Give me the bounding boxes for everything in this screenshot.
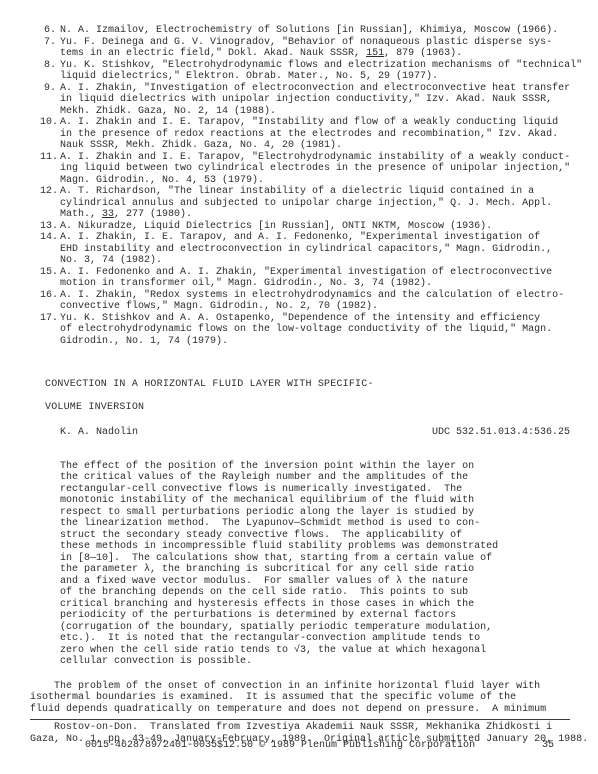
reference-number: 7. [40, 37, 56, 49]
udc-number: UDC 532.51.013.4:536.25 [432, 427, 570, 439]
body-text-line: isothermal boundaries is examined. It is… [30, 692, 574, 704]
reference-item: 15.A. I. Fedonenko and A. I. Zhakin, "Ex… [40, 267, 586, 279]
abstract-line: these methods in incompressible fluid st… [60, 541, 578, 553]
reference-number: 9. [40, 83, 56, 95]
reference-continuation-line: of electrohydrodynamic flows on the low-… [40, 324, 586, 336]
article-title-line-2: VOLUME INVERSION [45, 396, 578, 419]
reference-continuation-line: Gidrodin., No. 1, 74 (1979). [40, 336, 586, 348]
reference-number: 11. [40, 152, 56, 164]
reference-continuation-line: convective flows," Magn. Gidrodin., No. … [40, 301, 586, 313]
reference-continuation-line: ing liquid between two cylindrical elect… [40, 163, 586, 175]
reference-list: 6.N. A. Izmailov, Electrochemistry of So… [0, 0, 598, 347]
abstract-line: (corrugation of the boundary, spatially … [60, 622, 578, 634]
abstract-line: periodicity of the perturbations is dete… [60, 610, 578, 622]
abstract-line: in [8—10]. The calculations show that, s… [60, 553, 578, 565]
reference-continuation-line: cylindrical annulus and subjected to uni… [40, 198, 586, 210]
abstract-line: and a fixed wave vector modulus. For sma… [60, 576, 578, 588]
reference-continuation-line: motion in transformer oil," Magn. Gidrod… [40, 278, 586, 290]
article-title: CONVECTION IN A HORIZONTAL FLUID LAYER W… [45, 373, 578, 419]
reference-number: 17. [40, 313, 56, 325]
reference-continuation-line: Magn. Gidrodin., No. 4, 53 (1979). [40, 175, 586, 187]
reference-item: 16.A. I. Zhakin, "Redox systems in elect… [40, 290, 586, 302]
abstract-line: the parameter λ, the branching is subcri… [60, 564, 578, 576]
byline-row: K. A. Nadolin UDC 532.51.013.4:536.25 [60, 427, 570, 439]
reference-continuation-line: Math., 33, 277 (1980). [40, 209, 586, 221]
page-footer: 0015-4628/89/2401-0035$12.50 © 1989 Plen… [0, 740, 598, 752]
reference-item: 11.A. I. Zhakin and I. E. Tarapov, "Elec… [40, 152, 586, 164]
reference-continuation-line: EHD instability and electroconvection in… [40, 244, 586, 256]
reference-number: 8. [40, 60, 56, 72]
reference-continuation-line: in liquid dielectrics with unipolar inje… [40, 94, 586, 106]
abstract-line: rectangular-cell convective flows is num… [60, 484, 578, 496]
abstract: The effect of the position of the invers… [60, 461, 578, 668]
body-text-line: fluid depends quadratically on temperatu… [30, 704, 574, 716]
abstract-line: struct the secondary steady convective f… [60, 530, 578, 542]
reference-number: 14. [40, 232, 56, 244]
body-paragraph: The problem of the onset of convection i… [30, 681, 574, 716]
reference-continuation-line: Nauk SSSR, Mekh. Zhidk. Gaza, No. 4, 20 … [40, 140, 586, 152]
reference-item: 12.A. T. Richardson, "The linear instabi… [40, 186, 586, 198]
abstract-line: zero when the cell side ratio tends to √… [60, 645, 578, 657]
reference-item: 10.A. I. Zhakin and I. E. Tarapov, "Inst… [40, 117, 586, 129]
abstract-line: The effect of the position of the invers… [60, 461, 578, 473]
footnote-line: Rostov-on-Don. Translated from Izvestiya… [30, 722, 598, 734]
reference-number: 15. [40, 267, 56, 279]
reference-item: 6.N. A. Izmailov, Electrochemistry of So… [40, 25, 586, 37]
reference-item: 14.A. I. Zhakin, I. E. Tarapov, and A. I… [40, 232, 586, 244]
reference-continuation-line: liquid dielectrics," Elektron. Obrab. Ma… [40, 71, 586, 83]
reference-continuation-line: No. 3, 74 (1982). [40, 255, 586, 267]
reference-item: 7.Yu. F. Deinega and G. V. Vinogradov, "… [40, 37, 586, 49]
author-name: K. A. Nadolin [60, 427, 138, 439]
reference-item: 8.Yu. K. Stishkov, "Electrohydrodynamic … [40, 60, 586, 72]
abstract-line: of the branching depends on the cell sid… [60, 587, 578, 599]
abstract-line: the linearization method. The Lyapunov—S… [60, 518, 578, 530]
reference-number: 13. [40, 221, 56, 233]
abstract-line: the critical values of the Rayleigh numb… [60, 472, 578, 484]
reference-item: 9.A. I. Zhakin, "Investigation of electr… [40, 83, 586, 95]
abstract-line: critical branching and hysteresis effect… [60, 599, 578, 611]
article-title-line-1: CONVECTION IN A HORIZONTAL FLUID LAYER W… [45, 373, 578, 396]
reference-number: 10. [40, 117, 56, 129]
reference-number: 6. [40, 25, 56, 37]
copyright-issn-line: 0015-4628/89/2401-0035$12.50 © 1989 Plen… [85, 740, 475, 752]
reference-number: 16. [40, 290, 56, 302]
reference-number: 12. [40, 186, 56, 198]
body-text-line: The problem of the onset of convection i… [30, 681, 574, 693]
reference-item: 13.A. Nikuradze, Liquid Dielectrics [in … [40, 221, 586, 233]
underlined-volume-number: 151 [366, 48, 384, 59]
underlined-volume-number: 33 [102, 209, 114, 220]
abstract-line: etc.). It is noted that the rectangular-… [60, 633, 578, 645]
reference-continuation-line: in the presence of redox reactions at th… [40, 129, 586, 141]
page-number: 35 [542, 740, 554, 752]
scanned-paper-page: 6.N. A. Izmailov, Electrochemistry of So… [0, 0, 598, 774]
reference-continuation-line: tems in an electric field," Dokl. Akad. … [40, 48, 586, 60]
abstract-line: monotonic instability of the mechanical … [60, 495, 578, 507]
reference-continuation-line: Mekh. Zhidk. Gaza, No. 2, 14 (1988). [40, 106, 586, 118]
abstract-line: respect to small perturbations periodic … [60, 507, 578, 519]
abstract-line: cellular convection is possible. [60, 656, 578, 668]
reference-item: 17.Yu. K. Stishkov and A. A. Ostapenko, … [40, 313, 586, 325]
footnote-rule [30, 719, 570, 720]
